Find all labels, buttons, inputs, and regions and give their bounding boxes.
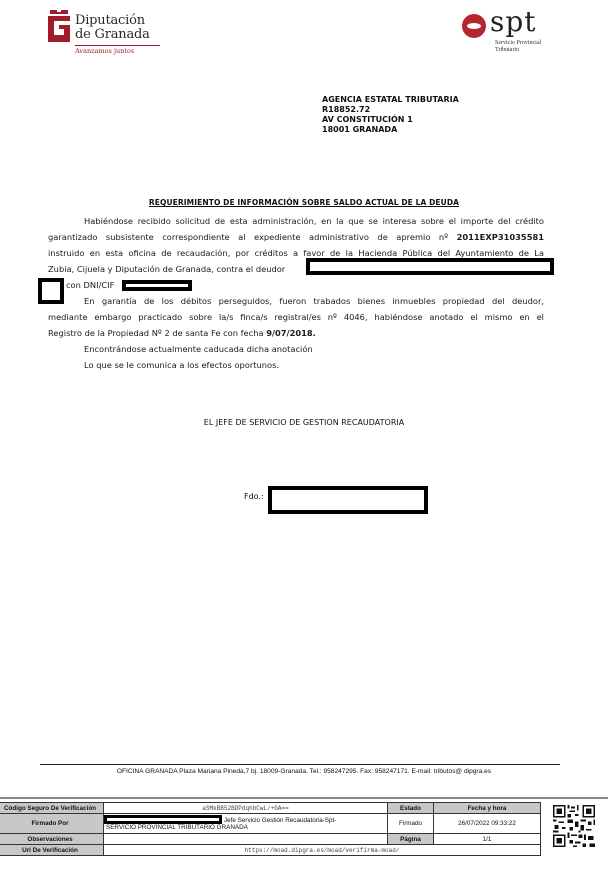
spt-logo: spt Servicio Provincial Tributario — [462, 8, 572, 58]
signer-title: EL JEFE DE SERVICIO DE GESTION RECAUDATO… — [0, 418, 608, 427]
table-row: Observaciones Página 1/1 — [0, 834, 541, 845]
verification-url[interactable]: https://moad.dipgra.es/moad/verifirma-mo… — [104, 845, 541, 856]
p1-line5: con DNI/CIF — [66, 277, 114, 293]
recipient-street: AV CONSTITUCIÓN 1 — [322, 115, 459, 125]
document-title: REQUERIMIENTO DE INFORMACIÓN SOBRE SALDO… — [0, 198, 608, 207]
redacted-firmante — [104, 815, 222, 824]
table-row: Firmado Por Jefe Servicio Gestión Recaud… — [0, 814, 541, 834]
p3-text: Encontrándose actualmente caducada dicha… — [84, 341, 313, 357]
observaciones-label: Observaciones — [0, 834, 104, 845]
anotacion-date: 9/07/2018. — [266, 328, 316, 338]
p1-line1: Habiéndose recibido solicitud de esta ad… — [48, 213, 544, 229]
logo-divider — [75, 45, 160, 46]
recipient-name: AGENCIA ESTATAL TRIBUTARIA — [322, 95, 459, 105]
p2-line1: En garantía de los débitos perseguidos, … — [48, 293, 544, 309]
spt-wordmark: spt — [490, 6, 537, 38]
p2-line3: Registro de la Propiedad Nº 2 de santa F… — [48, 325, 316, 341]
spt-subtitle: Servicio Provincial Tributario — [495, 40, 541, 54]
codigo-label: Código Seguro De Verificación — [0, 803, 104, 814]
spt-sub-line1: Servicio Provincial — [495, 40, 541, 47]
recipient-address: AGENCIA ESTATAL TRIBUTARIA R18852.72 AV … — [322, 95, 459, 135]
p1-line4: Zubia, Cijuela y Diputación de Granada, … — [48, 261, 285, 277]
redacted-dni-cif — [122, 280, 192, 291]
p1-line4-text: Zubia, Cijuela y Diputación de Granada, … — [48, 264, 285, 274]
verification-table: Código Seguro De Verificación aSMkBB52BD… — [0, 802, 541, 856]
estado-value: Firmado — [388, 814, 434, 834]
spt-sub-line2: Tributario — [495, 47, 541, 54]
p2-line2: mediante embargo practicado sobre la/s f… — [48, 309, 544, 325]
diputacion-tagline: Avanzamos juntos — [75, 47, 134, 55]
diputacion-granada-logo: Diputación de Granada Avanzamos juntos — [48, 10, 168, 60]
p2-line2-text: mediante embargo practicado sobre la/s f… — [48, 312, 544, 322]
recipient-code: R18852.72 — [322, 105, 459, 115]
table-row: Url De Verificación https://moad.dipgra.… — [0, 845, 541, 856]
diputacion-line1: Diputación — [75, 14, 150, 28]
pagina-label: Página — [388, 834, 434, 845]
firmado-value: Jefe Servicio Gestión Recaudatoria-Spt- … — [104, 814, 388, 834]
fecha-value: 26/07/2022 09:33:22 — [434, 814, 541, 834]
p2-line1-text: En garantía de los débitos perseguidos, … — [84, 296, 544, 306]
diputacion-name: Diputación de Granada — [75, 14, 150, 42]
footer-divider — [40, 764, 560, 765]
observaciones-value — [104, 834, 388, 845]
qr-code-icon[interactable] — [551, 803, 597, 849]
recipient-city: 18001 GRANADA — [322, 125, 459, 135]
diputacion-line2: de Granada — [75, 28, 150, 42]
estado-label: Estado — [388, 803, 434, 814]
p1-line2-text: garantizado subsistente correspondiente … — [48, 232, 448, 242]
spt-mark-icon — [462, 14, 486, 38]
pagina-value: 1/1 — [434, 834, 541, 845]
p1-line3-text: instruido en esta oficina de recaudación… — [48, 248, 544, 258]
fecha-label: Fecha y hora — [434, 803, 541, 814]
diputacion-shield-icon — [48, 10, 70, 42]
redacted-signer-name — [268, 486, 428, 514]
firmado-label: Firmado Por — [0, 814, 104, 834]
p2-line3-text: Registro de la Propiedad Nº 2 de santa F… — [48, 328, 264, 338]
firmado-value-line2: SERVICIO PROVINCIAL TRIBUTARIO GRANADA — [106, 824, 385, 831]
fdo-label: Fdo.: — [244, 492, 264, 501]
office-contact: OFICINA GRANADA Plaza Mariana Pineda,7 b… — [0, 768, 608, 775]
url-label: Url De Verificación — [0, 845, 104, 856]
verification-divider — [0, 797, 608, 799]
redacted-debtor-name — [306, 258, 554, 275]
p1-line5-text: con DNI/CIF — [66, 280, 114, 290]
table-row: Código Seguro De Verificación aSMkBB52BD… — [0, 803, 541, 814]
p1-line1-text: Habiéndose recibido solicitud de esta ad… — [84, 216, 544, 226]
p1-line2: garantizado subsistente correspondiente … — [48, 229, 544, 245]
p4-text: Lo que se le comunica a los efectos opor… — [84, 357, 279, 373]
codigo-value: aSMkBB52BDPdqhbCwL/+GA== — [104, 803, 388, 814]
expediente-number: 2011EXP31035581 — [457, 232, 544, 242]
